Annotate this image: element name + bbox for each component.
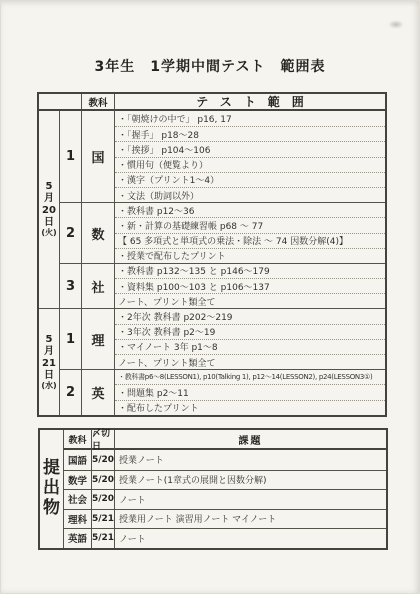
side-label-char: 物	[43, 500, 60, 517]
range-line: ・2年次 教科書 p202〜219	[115, 308, 385, 323]
range-line: ・教科書 p12〜36	[115, 202, 385, 217]
subject-cell: 理	[82, 308, 115, 369]
range-line: ・マイノート 3年 p1〜8	[115, 339, 385, 354]
date-cell-may20: 5 月 20 日 (火)	[39, 111, 60, 308]
date-part: 日	[44, 217, 54, 228]
header-subject: 教科	[82, 94, 115, 111]
date-part: 日	[44, 370, 54, 381]
date-part: (水)	[41, 382, 56, 391]
range-line: ・3年次 教科書 p2〜19	[115, 324, 385, 339]
submission-subject: 社会	[64, 489, 92, 509]
date-part: 21	[42, 358, 56, 369]
range-line: ・問題集 p2〜11	[115, 384, 385, 399]
range-line: ・教科書p6〜8(LESSON1), p10(Talking 1), p12〜1…	[115, 369, 385, 384]
page-title: 3年生 1学期中間テスト 範囲表	[0, 56, 420, 76]
range-line: ・漢字（プリント1〜4）	[115, 172, 385, 187]
range-line: ・教科書 p132〜135 と p146〜179	[115, 263, 385, 278]
submission-assignment: ノート	[115, 528, 386, 548]
range-line: ・資料集 p100〜103 と p106〜137	[115, 278, 385, 293]
period-cell: 2	[60, 202, 82, 263]
submissions-header-subject: 教科	[64, 430, 92, 450]
submissions-side-label: 提 出 物	[40, 430, 64, 548]
date-part: 5	[46, 181, 53, 192]
date-cell-may21: 5 月 21 日 (水)	[39, 308, 60, 414]
range-line: ノート、プリント類全て	[115, 293, 385, 308]
range-line: ・授業で配布したプリント	[115, 248, 385, 263]
range-line: ノート、プリント類全て	[115, 354, 385, 369]
range-line: ・「挨拶」 p104〜106	[115, 141, 385, 156]
range-line: 【 65 多項式と単項式の乗法・除法 〜 74 因数分解(4)】	[115, 233, 385, 248]
subject-cell: 英	[82, 369, 115, 415]
test-range-table: 教科 テスト範囲 5 月 20 日 (火) 1 国 ・「朝焼けの中で」 p16,…	[37, 92, 387, 417]
subject-cell: 社	[82, 263, 115, 309]
range-line: ・文法（助詞以外）	[115, 187, 385, 202]
date-part: 月	[44, 346, 54, 357]
submission-assignment: 授業ノート	[115, 450, 386, 470]
period-cell: 1	[60, 308, 82, 369]
date-part: 20	[42, 205, 56, 216]
range-line: ・「朝焼けの中で」 p16, 17	[115, 111, 385, 126]
side-label-char: 提	[43, 460, 60, 477]
date-part: (火)	[41, 229, 56, 238]
submission-assignment: 授業ノート(1章式の展開と因数分解)	[115, 470, 386, 490]
date-part: 月	[44, 193, 54, 204]
range-line: ・慣用句（便覧より）	[115, 157, 385, 172]
scan-artifact	[388, 20, 404, 29]
submission-deadline: 5/21	[92, 509, 115, 529]
period-cell: 3	[60, 263, 82, 309]
submission-deadline: 5/20	[92, 489, 115, 509]
submission-deadline: 5/20	[92, 450, 115, 470]
submission-deadline: 5/21	[92, 528, 115, 548]
range-line: ・配布したプリント	[115, 400, 385, 415]
submissions-header-assignment: 課題	[115, 430, 386, 450]
header-test-range: テスト範囲	[115, 94, 385, 111]
submission-assignment: 授業用ノート 演習用ノート マイノート	[115, 509, 386, 529]
submission-assignment: ノート	[115, 489, 386, 509]
submission-deadline: 5/20	[92, 470, 115, 490]
submission-subject: 国語	[64, 450, 92, 470]
header-blank-cell	[39, 94, 82, 111]
submissions-table: 提 出 物 教科 〆切日 課題 国語 5/20 授業ノート 数学 5/20 授業…	[38, 428, 388, 550]
period-cell: 1	[60, 111, 82, 202]
submission-subject: 数学	[64, 470, 92, 490]
range-line: ・「握手」 p18〜28	[115, 126, 385, 141]
submission-subject: 理科	[64, 509, 92, 529]
side-label-char: 出	[43, 480, 60, 497]
submissions-header-deadline: 〆切日	[92, 430, 115, 450]
subject-cell: 国	[82, 111, 115, 202]
period-cell: 2	[60, 369, 82, 415]
submission-subject: 英語	[64, 528, 92, 548]
subject-cell: 数	[82, 202, 115, 263]
date-part: 5	[46, 334, 53, 345]
range-line: ・新・計算の基礎練習帳 p68 〜 77	[115, 217, 385, 232]
